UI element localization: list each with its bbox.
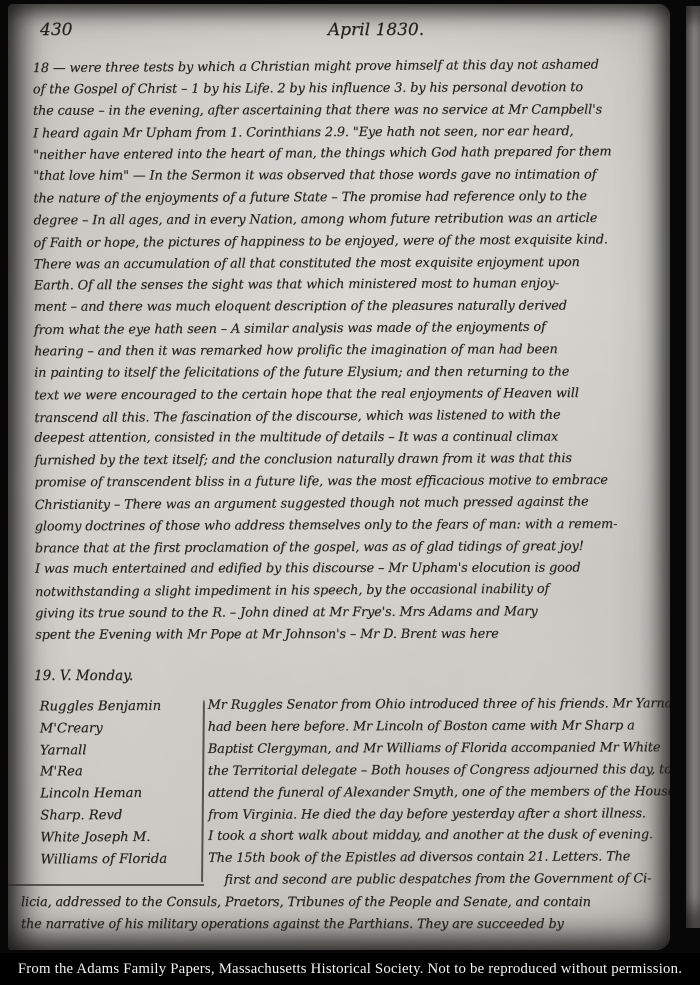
credit-bar: From the Adams Family Papers, Massachuse… <box>0 953 700 985</box>
name-list-underline <box>8 884 204 886</box>
manuscript-line: from what the eye hath seen – A similar … <box>34 316 666 342</box>
entry-april-19: Mr Ruggles Senator from Ohio introduced … <box>208 693 667 892</box>
manuscript-line: degree – In all ages, and in every Natio… <box>33 208 665 233</box>
diary-page: 430 April 1830. 18 — were three tests by… <box>8 4 670 950</box>
manuscript-line: Christianity – There was an argument sug… <box>35 491 667 517</box>
visitor-name: M'Rea <box>40 761 200 784</box>
manuscript-line: "neither have entered into the heart of … <box>33 141 665 167</box>
visitor-name: Williams of Florida <box>40 848 200 871</box>
visitor-name: Sharp. Revd <box>40 805 200 828</box>
manuscript-line: the cause – in the evening, after ascert… <box>33 99 665 122</box>
manuscript-line: had been here before. Mr Lincoln of Bost… <box>208 715 666 739</box>
manuscript-line: the nature of the enjoyments of a future… <box>33 186 665 211</box>
manuscript-line: I was much entertained and edified by th… <box>35 558 667 581</box>
visitor-name: Lincoln Heman <box>40 783 200 806</box>
visitor-name: White Joseph M. <box>40 826 200 849</box>
manuscript-line: of Faith or hope, the pictures of happin… <box>33 229 665 255</box>
manuscript-line: the narrative of his military operations… <box>21 914 666 936</box>
manuscript-line: "that love him" — In the Sermon it was o… <box>33 165 665 188</box>
entry-19-continuation: licia, addressed to the Consuls, Praetor… <box>21 892 666 937</box>
manuscript-line: transcend all this. The fascination of t… <box>34 403 666 429</box>
manuscript-line: ment – and there was much eloquent descr… <box>34 296 666 319</box>
manuscript-line: the Territorial delegate – Both houses o… <box>208 759 666 783</box>
facing-page-edge <box>686 6 700 928</box>
manuscript-line: Baptist Clergyman, and Mr Williams of Fl… <box>208 737 666 761</box>
manuscript-line: licia, addressed to the Consuls, Praetor… <box>21 892 666 914</box>
credit-text: From the Adams Family Papers, Massachuse… <box>18 961 682 978</box>
date-heading: April 1830. <box>8 20 670 40</box>
manuscript-line: text we were encouraged to the certain h… <box>34 382 666 407</box>
visitor-name: M'Creary <box>40 717 200 740</box>
manuscript-line: in painting to itself the felicitations … <box>34 361 666 384</box>
manuscript-line: giving its true sound to the R. – John d… <box>35 601 667 626</box>
visitor-name: Yarnall <box>40 739 200 762</box>
manuscript-line: spent the Evening with Mr Pope at Mr Joh… <box>35 623 667 646</box>
manuscript-line: There was an accumulation of all that co… <box>34 251 666 276</box>
manuscript-line: gloomy doctrines of those who address th… <box>35 513 667 538</box>
visitor-name: Ruggles Benjamin <box>40 696 200 719</box>
entry-19-date-label: 19. V. Monday. <box>34 668 133 684</box>
manuscript-line: deepest attention, consisted in the mult… <box>34 427 666 450</box>
manuscript-line: notwithstanding a slight impediment in h… <box>35 578 667 604</box>
manuscript-line: 18 — were three tests by which a Christi… <box>33 54 665 80</box>
manuscript-line: hearing – and then it was remarked how p… <box>34 339 666 364</box>
manuscript-line: The 15th book of the Epistles ad diverso… <box>208 847 666 871</box>
visitor-name-list: Ruggles BenjaminM'CrearyYarnallM'ReaLinc… <box>40 696 201 871</box>
entry-april-18: 18 — were three tests by which a Christi… <box>33 55 668 648</box>
manuscript-line: promise of transcendent bliss in a futur… <box>35 470 667 495</box>
manuscript-line: I took a short walk about midday, and an… <box>208 825 666 849</box>
manuscript-line: Earth. Of all the senses the sight was t… <box>34 273 666 298</box>
margin-brace-line <box>201 700 205 882</box>
manuscript-line: furnished by the text itself; and the co… <box>34 448 666 473</box>
manuscript-line: attend the funeral of Alexander Smyth, o… <box>208 781 666 805</box>
manuscript-line: from Virginia. He died the day before ye… <box>208 803 666 827</box>
manuscript-line: Mr Ruggles Senator from Ohio introduced … <box>208 693 666 717</box>
manuscript-line: of the Gospel of Christ – 1 by his Life.… <box>33 76 665 101</box>
manuscript-scan: 430 April 1830. 18 — were three tests by… <box>0 0 700 985</box>
manuscript-line: brance that at the first proclamation of… <box>35 535 667 560</box>
manuscript-line: first and second are public despatches f… <box>208 868 666 892</box>
